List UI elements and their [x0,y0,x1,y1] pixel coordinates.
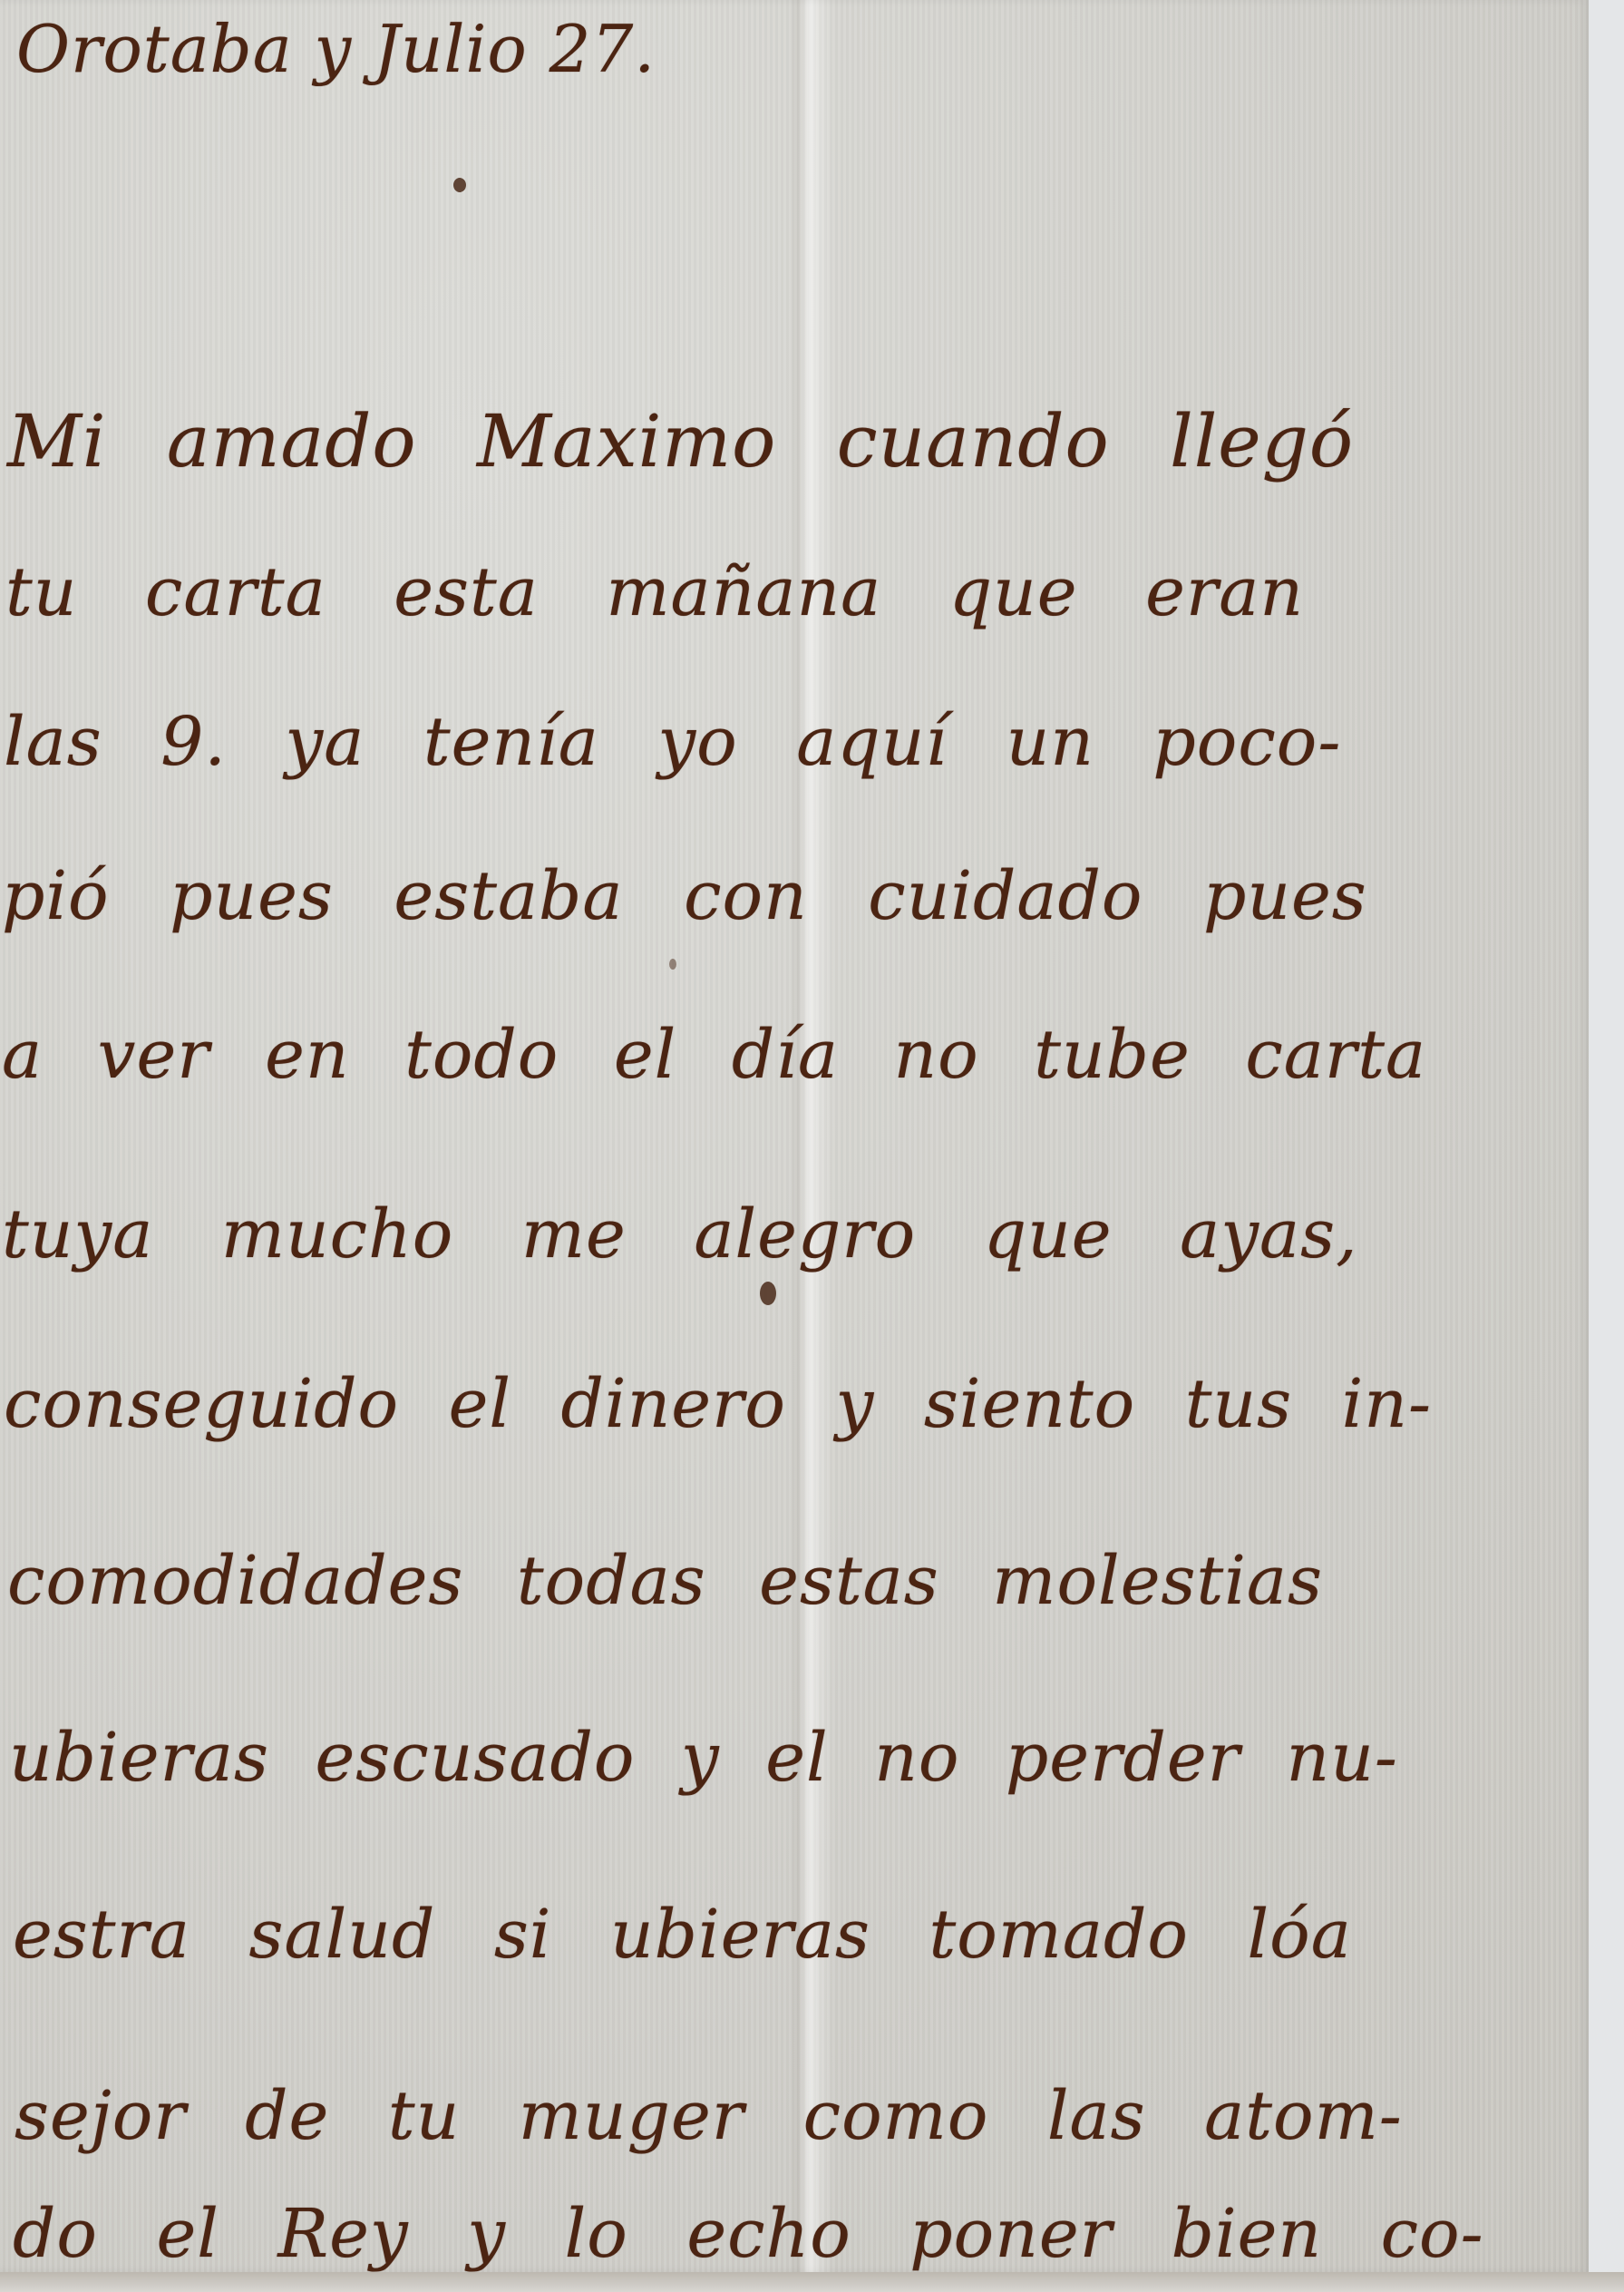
letter-heading: Orotaba y Julio 27. [16,11,1603,87]
ink-spot [760,1282,776,1305]
letter-line-2: tu carta esta mañana que eran [5,553,1592,631]
ink-spot [669,959,676,970]
table-surface [0,2272,1624,2292]
letter-line-1: Mi amado Maximo cuando llegó [7,399,1594,483]
letter-line-3: las 9. ya tenía yo aquí un poco- [4,703,1590,781]
letter-line-7: conseguido el dinero y siento tus in- [4,1365,1590,1443]
letter-line-10: estra salud si ubieras tomado lóa [13,1896,1600,1974]
letter-line-8: comodidades todas estas molestias [7,1542,1594,1620]
letter-line-12: do el Rey y lo echo poner bien co- [13,2195,1600,2273]
letter-line-4: pió pues estaba con cuidado pues [2,857,1589,935]
letter-line-5: a ver en todo el día no tube carta [2,1016,1589,1094]
letter-line-9: ubieras escusado y el no perder nu- [9,1719,1596,1797]
ink-spot [453,178,466,192]
letter-line-11: sejor de tu muger como las atom- [15,2077,1601,2155]
letter-line-6: tuya mucho me alegro que ayas, [2,1195,1589,1273]
